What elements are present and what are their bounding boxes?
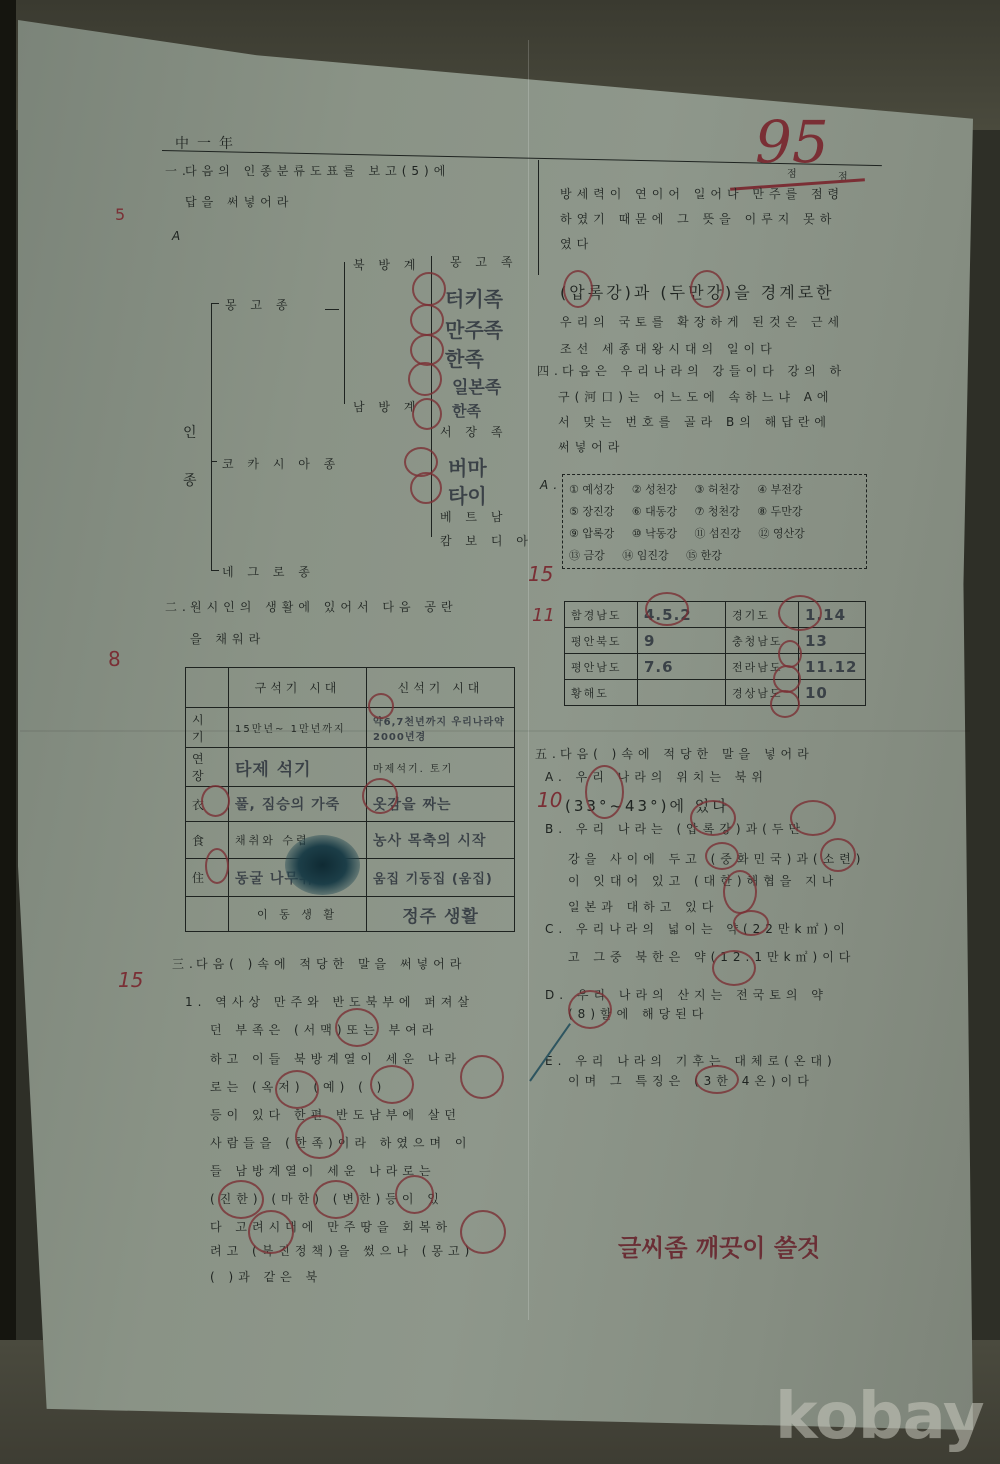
grade-circle [410, 304, 444, 336]
teacher-note: 글씨좀 깨끗이 쓸것 [618, 1228, 820, 1263]
river-item: ⑧ 두만강 [757, 505, 802, 518]
tree-subtrunk [344, 262, 345, 404]
grade-circle [778, 595, 822, 631]
answer-thai: 타이 [448, 480, 487, 509]
q3-text-line: ( )과 같은 북 [210, 1268, 322, 1285]
q5-line: 이며 그 특징은 (3한 4온)이다 [568, 1072, 814, 1089]
grade-circle [412, 398, 442, 430]
cell-paleo: 풀, 짐승의 가죽 [229, 787, 367, 822]
tree-branch [325, 309, 339, 310]
answer-han-south: 한족 [452, 400, 481, 421]
grade-circle [705, 842, 739, 870]
q4-section-a: A. [540, 478, 562, 492]
river-item: ② 성천강 [632, 483, 677, 496]
grade-circle [690, 270, 724, 308]
q4-line: 다음은 우리나라의 강들이다 강의 하 [562, 362, 846, 379]
grade-circle [585, 765, 624, 819]
stone-age-table: 구석기 시대 신석기 시대 시 기 15만년~ 1만년까지 약6,7천년까지 우… [185, 667, 515, 932]
grade-circle [568, 990, 612, 1029]
cont-line: 조선 세종대왕시대의 일이다 [560, 340, 777, 357]
grade-circle [790, 800, 836, 836]
q3-text-line: 려고 (북진정책)을 썼으나 (몽고) [210, 1242, 474, 1259]
grade-circle [773, 665, 801, 693]
table-header [186, 668, 229, 708]
grade-circle [370, 1065, 414, 1104]
vertical-label-1: 인 [183, 422, 202, 442]
column-divider [538, 160, 539, 275]
grade-circle [205, 848, 229, 884]
answer-burma: 버마 [448, 452, 487, 481]
grade-circle [820, 838, 856, 872]
grade-circle [295, 1115, 344, 1159]
answer: 13 [799, 628, 866, 654]
river-item: ⑦ 청천강 [695, 505, 740, 518]
table-row: 衣 풀, 짐승의 가죽 옷감을 짜는 [186, 787, 515, 822]
cell-paleo: 이 동 생 활 [229, 897, 367, 932]
river-item: ④ 부전강 [757, 483, 802, 496]
grade-circle [460, 1210, 506, 1254]
table-header-paleolithic: 구석기 시대 [229, 668, 367, 708]
river-item: ⑩ 낙동강 [632, 527, 677, 540]
grade-circle [563, 270, 593, 308]
q3-text-line: 다 고려시대에 만주땅을 회복하 [210, 1218, 452, 1235]
score-unit-left: 점 [787, 165, 802, 180]
grade-circle [690, 800, 736, 836]
river-item: ⑪ 섬진강 [695, 527, 741, 540]
q3-text-line: 들 남방계열이 세운 나라로는 [210, 1162, 436, 1179]
row-label: 연 장 [186, 748, 229, 787]
grade-circle [395, 1175, 434, 1214]
grade-circle [645, 592, 689, 626]
cell-neo: 농사 목축의 시작 [367, 822, 515, 859]
margin-score-q1: 5 [115, 205, 125, 224]
answer: 7.6 [638, 654, 726, 680]
table-row: 평안북도 9 충청남도 13 [565, 628, 866, 654]
margin-score-q3: 15 [118, 968, 143, 992]
grade-circle [412, 272, 446, 306]
south-item-cambodia: 캄 보 디 아 [440, 532, 533, 549]
margin-score-q4a: 15 [528, 562, 553, 586]
grade-circle [313, 1180, 359, 1219]
table-row: 평안남도 7.6 전라남도 11.12 [565, 654, 866, 680]
south-item-tibetan: 서 장 족 [440, 423, 507, 440]
q2-number: 二. [165, 598, 191, 615]
q3-number: 三. [172, 955, 198, 972]
answer [638, 680, 726, 706]
cell-neo: 움집 기둥집 (움집) [367, 859, 515, 897]
node-north: 북 방 계 [353, 256, 420, 273]
q5-number: 五. [535, 745, 561, 762]
cont-line: 방세력이 연이어 일어나 만주를 점령 [560, 185, 844, 202]
background-left-edge [0, 0, 16, 1464]
river-item: ⑮ 한강 [686, 549, 722, 562]
ink-blot [285, 835, 360, 895]
province: 황해도 [565, 680, 638, 706]
q5-line: A. 우리 나라의 위치는 북위 [545, 768, 768, 785]
answer: 9 [638, 628, 726, 654]
q4-line: 써넣어라 [558, 438, 624, 455]
cell-neo: 정주 생활 [367, 897, 515, 932]
q2-line1: 원시인의 생활에 있어서 다음 공란 [190, 598, 458, 615]
vertical-label-2: 종 [183, 470, 202, 490]
q4-line: 서 맞는 번호를 골라 B의 해답란에 [558, 413, 831, 430]
north-item-1: 몽 고 족 [450, 253, 517, 270]
south-item-vietnam: 베 트 남 [440, 508, 507, 525]
q5-line: 일본과 대하고 있다 [568, 898, 718, 915]
node-south: 남 방 계 [353, 398, 420, 415]
node-mongoloid: 몽 고 종 [225, 296, 292, 313]
grade-circle [695, 1065, 739, 1094]
table-row: 시 기 15만년~ 1만년까지 약6,7천년까지 우리나라약2000년경 [186, 708, 515, 748]
table-row: 황해도 경상남도 10 [565, 680, 866, 706]
q3-text-line: 던 부족은 (서맥)또는 부여라 [210, 1021, 438, 1038]
answer-japanese: 일본족 [452, 373, 501, 398]
fold-crease-vertical [528, 40, 529, 1320]
cont-line: 였다 [560, 235, 593, 252]
answer-han: 한족 [445, 343, 484, 372]
q1-line2: 답을 써넣어라 [185, 193, 293, 210]
river-item: ③ 허천강 [695, 483, 740, 496]
answer-turkic: 터키족 [445, 283, 503, 312]
grade-circle [368, 693, 394, 719]
q3-text-line: 하고 이들 북방계열이 세운 나라 [210, 1050, 461, 1067]
q5-line: C. 우리나라의 넓이는 약(22만k㎡)이 [545, 920, 850, 937]
grade-circle [408, 362, 442, 396]
tree-branch [211, 461, 217, 462]
grade-circle [733, 910, 769, 936]
grade-circle [201, 785, 230, 817]
q4-line: 구(河口)는 어느도에 속하느냐 A에 [558, 388, 834, 405]
river-item: ⑭ 임진강 [622, 549, 668, 562]
q5-line: 이 잇대어 있고 (대한)해협을 지나 [568, 872, 838, 889]
margin-score-q5: 10 [537, 788, 562, 812]
tree-trunk [211, 303, 212, 570]
answer: 10 [799, 680, 866, 706]
grade-circle [770, 690, 800, 718]
row-label [186, 897, 229, 932]
node-caucasoid: 코 카 시 아 종 [222, 455, 340, 472]
river-item: ① 예성강 [569, 483, 614, 496]
river-item: ⑬ 금강 [569, 549, 605, 562]
river-list-box: ① 예성강 ② 성천강 ③ 허천강 ④ 부전강 ⑤ 장진강 ⑥ 대동강 ⑦ 청천… [562, 474, 867, 569]
q5-line: E. 우리 나라의 기후는 대체로(온대) [545, 1052, 837, 1069]
q4-number: 四. [537, 362, 563, 379]
margin-score-q2: 8 [108, 647, 121, 671]
river-item: ⑥ 대동강 [632, 505, 677, 518]
tree-branch [211, 303, 219, 304]
answer-manchu: 만주족 [445, 314, 503, 343]
q1-line1: 다음의 인종분류도표를 보고(5)에 [185, 162, 450, 179]
q5-line: B. 우리 나라는 (압록강)과(두만 [545, 820, 805, 837]
q5-line: 고 그중 북한은 약(12.1만k㎡)이다 [568, 948, 855, 965]
answer: 11.12 [799, 654, 866, 680]
q3-text-line: 1. 역사상 만주와 반도북부에 퍼져살 [185, 993, 474, 1010]
q2-line2: 을 채워라 [190, 630, 265, 647]
q3-line1: 다음( )속에 적당한 말을 써넣어라 [196, 955, 466, 972]
q5-title: 다음( )속에 적당한 말을 넣어라 [560, 745, 814, 762]
margin-score-q4b: 11 [532, 605, 555, 626]
cont-line: 우리의 국토를 확장하게 된것은 근세 [560, 313, 844, 330]
cell-paleo: 15만년~ 1만년까지 [229, 708, 367, 748]
table-row: 연 장 타제 석기 마제석기. 토기 [186, 748, 515, 787]
grade-circle [460, 1055, 504, 1099]
grade-circle [723, 870, 757, 914]
grade-circle [712, 950, 756, 986]
tree-branch [211, 570, 219, 571]
q1-section-a: A [172, 229, 185, 243]
grade-circle [335, 1008, 379, 1047]
cell-paleo: 타제 석기 [229, 748, 367, 787]
table-row: 이 동 생 활 정주 생활 [186, 897, 515, 932]
river-item: ⑫ 영산강 [758, 527, 804, 540]
river-item: ⑨ 압록강 [569, 527, 614, 540]
grade-circle [410, 472, 442, 504]
grade-circle [248, 1210, 294, 1254]
grade-circle [275, 1070, 319, 1109]
province: 평안남도 [565, 654, 638, 680]
watermark-logo: kobay [775, 1380, 984, 1454]
province: 함경남도 [565, 602, 638, 628]
node-negroid: 네 그 로 종 [222, 563, 315, 580]
grade-circle [362, 778, 398, 814]
grade-circle [778, 640, 802, 668]
row-label: 시 기 [186, 708, 229, 748]
province: 평안북도 [565, 628, 638, 654]
cont-line: 하였기 때문에 그 뜻을 이루지 못하 [560, 210, 836, 227]
river-item: ⑤ 장진강 [569, 505, 614, 518]
